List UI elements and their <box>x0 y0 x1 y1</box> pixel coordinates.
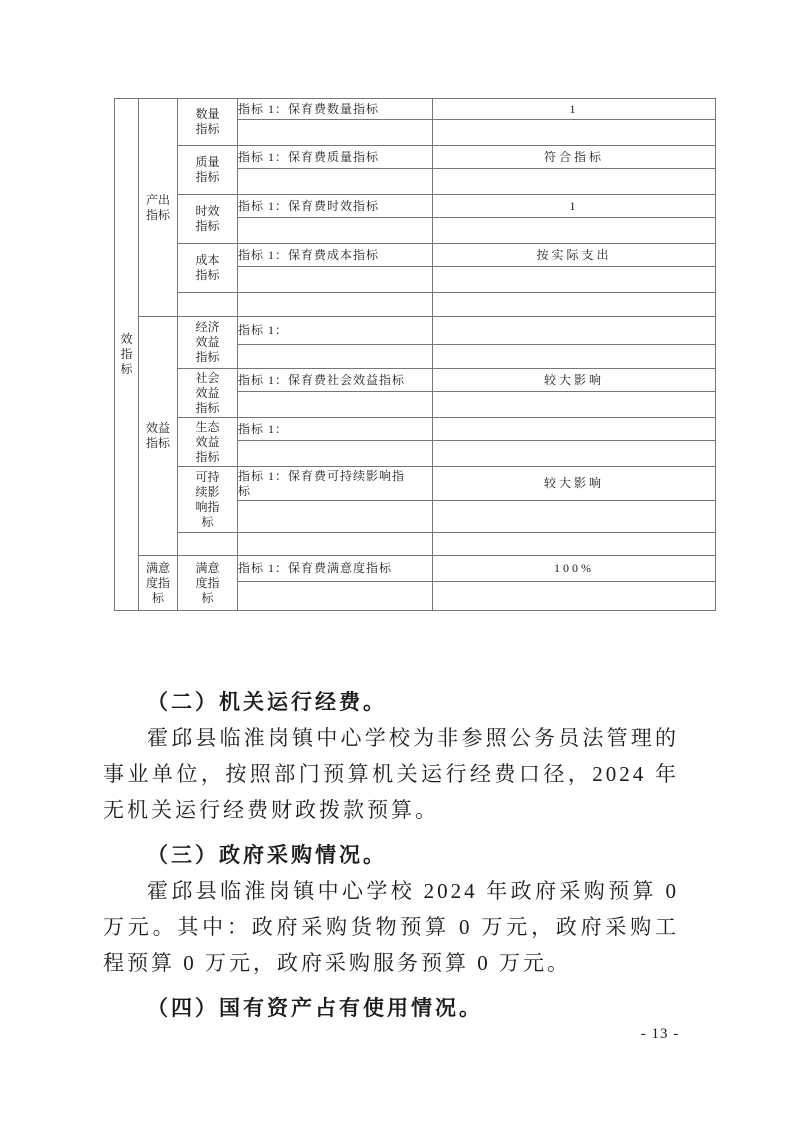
indicator-name-cell: 指标 1：保育费数量指标 <box>238 99 433 120</box>
empty-cell <box>433 441 716 467</box>
empty-cell <box>433 317 716 345</box>
indicator-name-cell: 指标 1：保育费社会效益指标 <box>238 369 433 392</box>
empty-cell <box>178 293 238 317</box>
section-heading-3: （三）政府采购情况。 <box>103 837 679 873</box>
indicator-value-cell: 1 <box>433 195 716 218</box>
empty-cell <box>238 533 433 556</box>
empty-cell <box>433 345 716 369</box>
table-row: 生态 效益 指标 指标 1： <box>115 418 716 441</box>
table-row <box>115 533 716 556</box>
table-row: 可持 续影 响指 标 指标 1：保育费可持续影响指 标 较大影响 <box>115 467 716 501</box>
subcategory-cell-quantity: 数量 指标 <box>178 99 238 146</box>
empty-cell <box>238 120 433 146</box>
indicator-value-cell: 较大影响 <box>433 467 716 501</box>
empty-cell <box>178 533 238 556</box>
indicator-value-cell: 较大影响 <box>433 369 716 392</box>
subcategory-cell-social: 社会 效益 指标 <box>178 369 238 418</box>
body-text: （二）机关运行经费。 霍邱县临淮岗镇中心学校为非参照公务员法管理的事业单位，按照… <box>103 684 679 1026</box>
group-cell-benefit: 效益 指标 <box>139 317 178 556</box>
indicator-name-cell: 指标 1：保育费质量指标 <box>238 146 433 169</box>
subcategory-cell-satisfaction: 满意 度指 标 <box>178 556 238 611</box>
table-row: 效 指 标 产出 指标 数量 指标 指标 1：保育费数量指标 1 <box>115 99 716 120</box>
section-heading-2: （二）机关运行经费。 <box>103 684 679 720</box>
empty-cell <box>433 533 716 556</box>
table-row: 效益 指标 经济 效益 指标 指标 1： <box>115 317 716 345</box>
empty-cell <box>433 169 716 195</box>
indicator-name-cell: 指标 1： <box>238 317 433 345</box>
table-row: 时效 指标 指标 1：保育费时效指标 1 <box>115 195 716 218</box>
document-page: 效 指 标 产出 指标 数量 指标 指标 1：保育费数量指标 1 质量 指标 指… <box>0 0 793 1122</box>
empty-cell <box>433 120 716 146</box>
empty-cell <box>433 267 716 293</box>
empty-cell <box>238 345 433 369</box>
indicator-value-cell: 1 <box>433 99 716 120</box>
indicator-name-cell: 指标 1：保育费满意度指标 <box>238 556 433 582</box>
side-label-cell: 效 指 标 <box>115 99 139 611</box>
empty-cell <box>238 169 433 195</box>
subcategory-cell-timeliness: 时效 指标 <box>178 195 238 244</box>
subcategory-cell-economic: 经济 效益 指标 <box>178 317 238 369</box>
empty-cell <box>433 218 716 244</box>
page-number: - 13 - <box>628 1026 692 1043</box>
indicator-value-cell: 按实际支出 <box>433 244 716 267</box>
indicator-value-cell: 100% <box>433 556 716 582</box>
subcategory-cell-cost: 成本 指标 <box>178 244 238 293</box>
group-cell-output: 产出 指标 <box>139 99 178 317</box>
empty-cell <box>238 441 433 467</box>
empty-cell <box>433 501 716 533</box>
indicator-name-cell: 指标 1：保育费成本指标 <box>238 244 433 267</box>
subcategory-cell-quality: 质量 指标 <box>178 146 238 195</box>
subcategory-cell-ecological: 生态 效益 指标 <box>178 418 238 467</box>
table-row: 满意 度指 标 满意 度指 标 指标 1：保育费满意度指标 100% <box>115 556 716 582</box>
section-paragraph-3: 霍邱县临淮岗镇中心学校 2024 年政府采购预算 0 万元。其中：政府采购货物预… <box>103 873 679 981</box>
performance-indicator-table: 效 指 标 产出 指标 数量 指标 指标 1：保育费数量指标 1 质量 指标 指… <box>114 98 716 611</box>
empty-cell <box>238 267 433 293</box>
empty-cell <box>433 582 716 611</box>
table-row: 社会 效益 指标 指标 1：保育费社会效益指标 较大影响 <box>115 369 716 392</box>
indicator-name-cell: 指标 1：保育费可持续影响指 标 <box>238 467 433 501</box>
section-paragraph-2: 霍邱县临淮岗镇中心学校为非参照公务员法管理的事业单位，按照部门预算机关运行经费口… <box>103 720 679 828</box>
empty-cell <box>238 293 433 317</box>
indicator-name-cell: 指标 1： <box>238 418 433 441</box>
indicator-name-cell: 指标 1：保育费时效指标 <box>238 195 433 218</box>
empty-cell <box>238 392 433 418</box>
group-cell-satisfaction: 满意 度指 标 <box>139 556 178 611</box>
empty-cell <box>433 418 716 441</box>
table-row: 成本 指标 指标 1：保育费成本指标 按实际支出 <box>115 244 716 267</box>
empty-cell <box>238 582 433 611</box>
section-heading-4: （四）国有资产占有使用情况。 <box>103 990 679 1026</box>
subcategory-cell-sustainability: 可持 续影 响指 标 <box>178 467 238 533</box>
table-row <box>115 293 716 317</box>
empty-cell <box>433 293 716 317</box>
empty-cell <box>238 218 433 244</box>
empty-cell <box>238 501 433 533</box>
empty-cell <box>433 392 716 418</box>
table-row: 质量 指标 指标 1：保育费质量指标 符合指标 <box>115 146 716 169</box>
indicator-value-cell: 符合指标 <box>433 146 716 169</box>
